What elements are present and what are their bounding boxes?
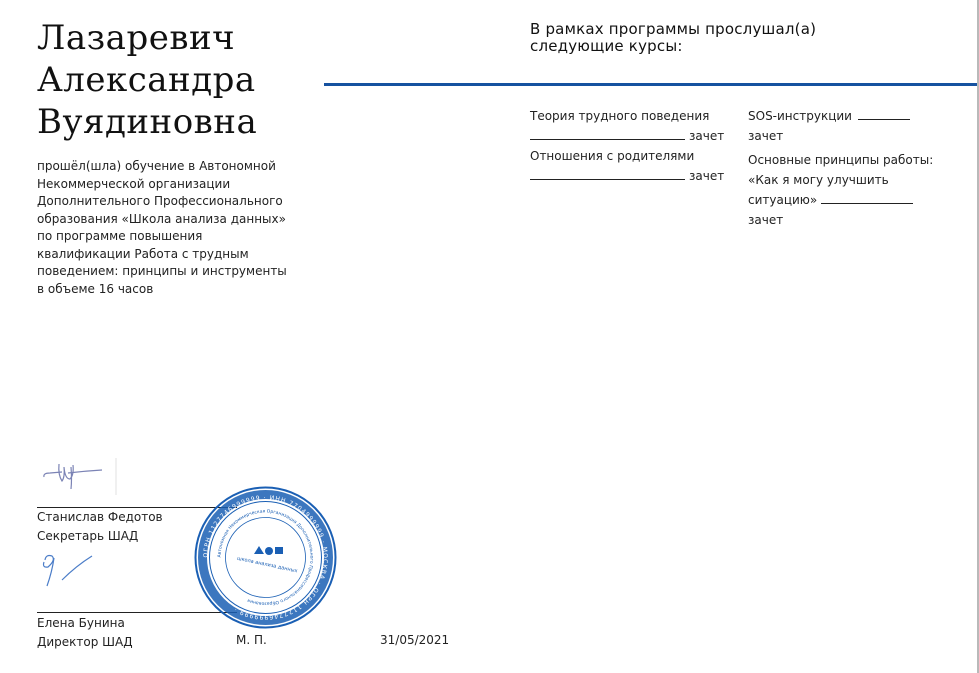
grade-blank — [530, 167, 685, 180]
signatory-1-name: Станислав Федотов — [37, 508, 163, 526]
courses-heading-line-1: В рамках программы прослушал(а) — [530, 21, 816, 38]
course-title-line: ситуацию» — [748, 193, 817, 207]
course-title-line: Основные принципы работы: — [748, 150, 948, 170]
course-result: зачет — [748, 129, 783, 143]
svg-text:Автономная Некоммерческая Орга: Автономная Некоммерческая Организация До… — [216, 508, 313, 605]
recipient-patronymic: Вуядиновна — [37, 101, 257, 143]
signatory-1-role: Секретарь ШАД — [37, 527, 163, 545]
signature-2-icon — [40, 550, 100, 590]
course-result: зачет — [689, 169, 724, 183]
recipient-surname: Лазаревич — [37, 17, 257, 59]
courses-column-left: Теория трудного поведения зачет Отношени… — [530, 106, 730, 190]
courses-column-right: SOS-инструкции зачет Основные принципы р… — [748, 106, 948, 234]
grade-blank — [858, 107, 910, 120]
course-item: Теория трудного поведения зачет — [530, 106, 730, 146]
signatory-2: Елена Бунина Директор ШАД — [37, 614, 133, 651]
course-title: SOS-инструкции — [748, 109, 852, 123]
course-result: зачет — [748, 213, 783, 227]
issue-date: 31/05/2021 — [380, 633, 449, 647]
signatory-1: Станислав Федотов Секретарь ШАД — [37, 508, 163, 545]
course-item: Основные принципы работы: «Как я могу ул… — [748, 150, 948, 230]
courses-heading: В рамках программы прослушал(а) следующи… — [530, 21, 816, 55]
signatory-2-name: Елена Бунина — [37, 614, 133, 632]
course-title: Отношения с родителями — [530, 146, 730, 166]
signature-1-icon — [40, 455, 120, 495]
course-item: SOS-инструкции зачет — [748, 106, 948, 146]
course-item: Отношения с родителями зачет — [530, 146, 730, 186]
grade-blank — [530, 127, 685, 140]
course-title-line: «Как я могу улучшить — [748, 170, 948, 190]
svg-text:школа анализа данных: школа анализа данных — [236, 556, 298, 575]
courses-heading-line-2: следующие курсы: — [530, 38, 816, 55]
recipient-first-name: Александра — [37, 59, 257, 101]
accent-divider — [324, 83, 977, 86]
course-title: Теория трудного поведения — [530, 106, 730, 126]
course-result: зачет — [689, 129, 724, 143]
stamp-place-label: М. П. — [236, 633, 267, 647]
official-stamp-icon: ОГРН 1127746999999 · ИНН 7704999999 · МО… — [194, 486, 337, 629]
signatory-2-role: Директор ШАД — [37, 633, 133, 651]
grade-blank — [821, 191, 913, 204]
completion-description: прошёл(шла) обучение в Автономной Некомм… — [37, 158, 287, 298]
recipient-name: Лазаревич Александра Вуядиновна — [37, 17, 257, 143]
